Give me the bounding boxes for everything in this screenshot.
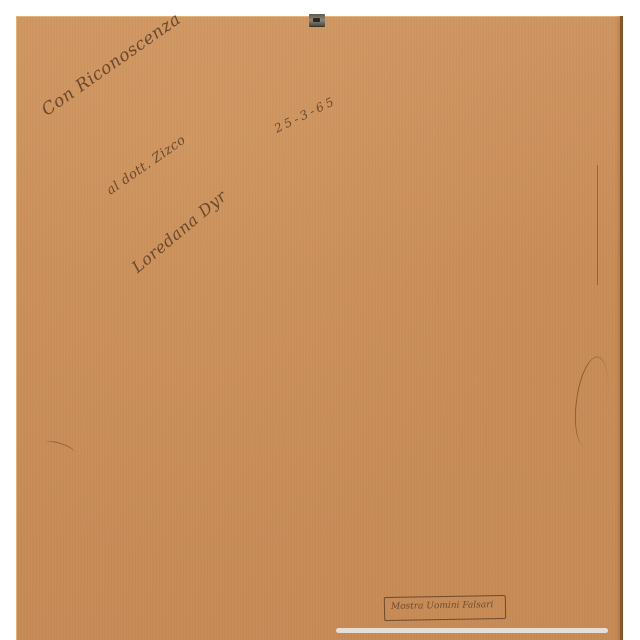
carousel-progress-bar[interactable]: [336, 628, 608, 633]
hanging-hook: [309, 14, 325, 26]
artwork-back-photo: Con Riconoscenza al dott. Zizco 25-3-65 …: [0, 0, 640, 640]
handwritten-label-box: Mostra Uomini Falsari: [384, 595, 506, 621]
label-text: Mostra Uomini Falsari: [391, 600, 494, 612]
paper-crease: [597, 165, 602, 285]
